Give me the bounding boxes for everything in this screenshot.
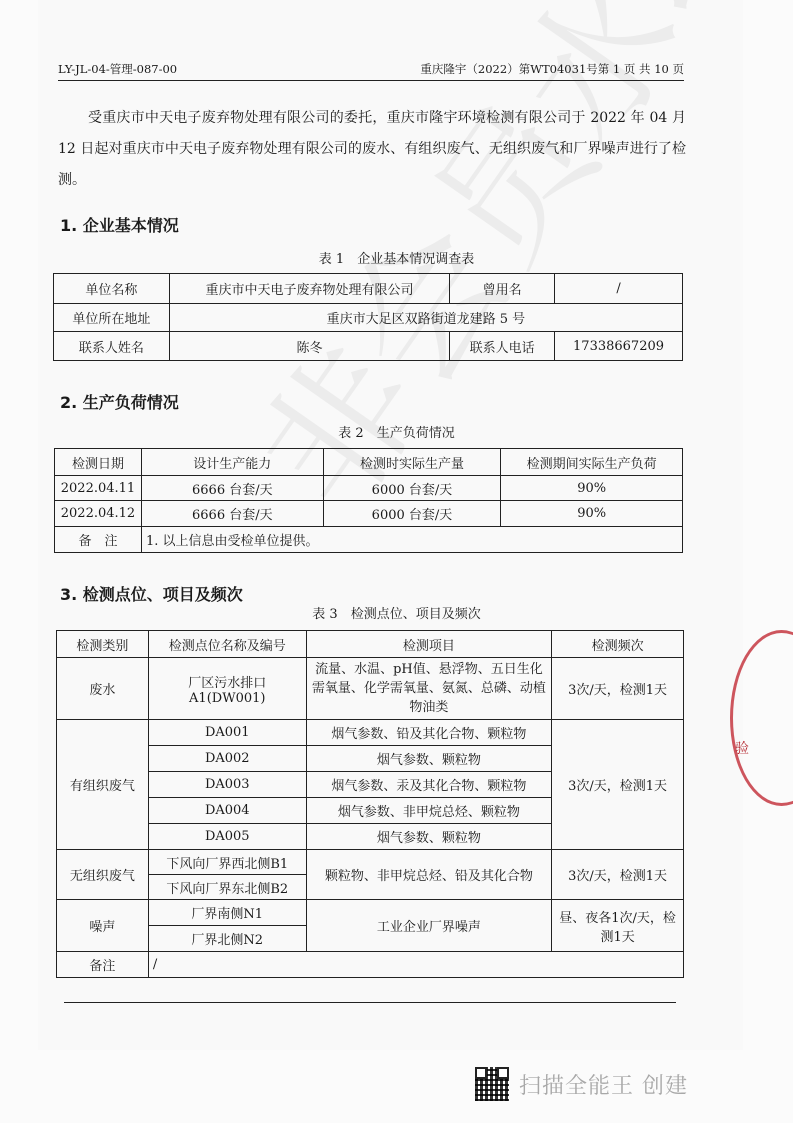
- address-label: 单位所在地址: [54, 304, 170, 332]
- column-header: 检测频次: [552, 631, 684, 658]
- intro-paragraph: 受重庆市中天电子废弃物处理有限公司的委托，重庆市隆宇环境检测有限公司于 2022…: [58, 103, 686, 196]
- table-row: 2022.04.12 6666 台套/天 6000 台套/天 90%: [55, 501, 683, 527]
- point-cell: 厂界北侧N2: [148, 926, 306, 952]
- point-code: A1(DW001): [153, 691, 302, 706]
- enterprise-info-table: 单位名称 重庆市中天电子废弃物处理有限公司 曾用名 / 单位所在地址 重庆市大足…: [53, 273, 683, 361]
- table-1-caption: 表 1 企业基本情况调查表: [0, 248, 793, 267]
- table-row: 无组织废气 下风向厂界西北侧B1 颗粒物、非甲烷总烃、铅及其化合物 3次/天，检…: [57, 850, 684, 875]
- point-cell: DA002: [148, 746, 306, 772]
- address-value: 重庆市大足区双路街道龙建路 5 号: [169, 304, 682, 332]
- page-header: LY-JL-04-管理-087-00 重庆隆宇（2022）第WT04031号第 …: [58, 60, 684, 81]
- note-value: 1. 以上信息由受检单位提供。: [141, 527, 682, 553]
- category-cell: 废水: [57, 658, 149, 720]
- scanner-label: 扫描全能王 创建: [519, 1069, 688, 1100]
- qr-code-icon: [475, 1067, 509, 1101]
- point-cell: DA004: [148, 798, 306, 824]
- point-cell: 下风向厂界西北侧B1: [148, 850, 306, 875]
- items-cell: 烟气参数、颗粒物: [306, 746, 552, 772]
- monitoring-plan-table: 检测类别 检测点位名称及编号 检测项目 检测频次 废水 厂区污水排口 A1(DW…: [56, 630, 684, 978]
- capacity-cell: 6666 台套/天: [141, 501, 323, 527]
- items-cell: 工业企业厂界噪声: [306, 900, 552, 952]
- doc-code: LY-JL-04-管理-087-00: [58, 61, 177, 77]
- point-cell: DA003: [148, 772, 306, 798]
- column-header: 检测期间实际生产负荷: [501, 449, 683, 476]
- table-row: 噪声 厂界南侧N1 工业企业厂界噪声 昼、夜各1次/天，检测1天: [57, 900, 684, 926]
- table-3-caption: 表 3 检测点位、项目及频次: [0, 603, 793, 622]
- report-reference: 重庆隆宇（2022）第WT04031号第 1 页 共 10 页: [420, 61, 684, 77]
- items-cell: 烟气参数、非甲烷总烃、颗粒物: [306, 798, 552, 824]
- note-label: 备注: [57, 952, 149, 978]
- contact-label: 联系人姓名: [54, 332, 170, 361]
- table-row: 2022.04.11 6666 台套/天 6000 台套/天 90%: [55, 476, 683, 501]
- items-cell: 流量、水温、pH值、悬浮物、五日生化需氧量、化学需氧量、氨氮、总磷、动植物油类: [306, 658, 552, 720]
- point-name: 厂区污水排口: [153, 672, 302, 691]
- point-cell: DA005: [148, 824, 306, 850]
- point-cell: 厂界南侧N1: [148, 900, 306, 926]
- output-cell: 6000 台套/天: [323, 476, 501, 501]
- section-2-heading: 2. 生产负荷情况: [60, 390, 179, 413]
- load-cell: 90%: [501, 501, 683, 527]
- name-value: 重庆市中天电子废弃物处理有限公司: [169, 274, 449, 304]
- frequency-cell: 昼、夜各1次/天，检测1天: [552, 900, 684, 952]
- point-cell: DA001: [148, 720, 306, 746]
- date-cell: 2022.04.11: [55, 476, 142, 501]
- column-header: 检测时实际生产量: [323, 449, 501, 476]
- items-cell: 烟气参数、汞及其化合物、颗粒物: [306, 772, 552, 798]
- footer-divider: [64, 1002, 676, 1003]
- production-load-table: 检测日期 设计生产能力 检测时实际生产量 检测期间实际生产负荷 2022.04.…: [54, 448, 683, 553]
- category-cell: 噪声: [57, 900, 149, 952]
- frequency-cell: 3次/天，检测1天: [552, 850, 684, 900]
- items-cell: 烟气参数、颗粒物: [306, 824, 552, 850]
- phone-label: 联系人电话: [450, 332, 555, 361]
- category-cell: 有组织废气: [57, 720, 149, 850]
- table-row: 废水 厂区污水排口 A1(DW001) 流量、水温、pH值、悬浮物、五日生化需氧…: [57, 658, 684, 720]
- items-cell: 烟气参数、铅及其化合物、颗粒物: [306, 720, 552, 746]
- former-name-value: /: [555, 274, 683, 304]
- capacity-cell: 6666 台套/天: [141, 476, 323, 501]
- column-header: 设计生产能力: [141, 449, 323, 476]
- point-cell: 下风向厂界东北侧B2: [148, 875, 306, 900]
- frequency-cell: 3次/天，检测1天: [552, 658, 684, 720]
- note-value: /: [148, 952, 683, 978]
- column-header: 检测日期: [55, 449, 142, 476]
- category-cell: 无组织废气: [57, 850, 149, 900]
- scanner-watermark: 扫描全能王 创建: [475, 1068, 688, 1100]
- column-header: 检测点位名称及编号: [148, 631, 306, 658]
- section-3-heading: 3. 检测点位、项目及频次: [60, 582, 243, 605]
- stamp-text: 验: [735, 738, 749, 758]
- column-header: 检测类别: [57, 631, 149, 658]
- section-1-heading: 1. 企业基本情况: [60, 213, 179, 236]
- note-label: 备 注: [55, 527, 142, 553]
- name-label: 单位名称: [54, 274, 170, 304]
- date-cell: 2022.04.12: [55, 501, 142, 527]
- column-header: 检测项目: [306, 631, 552, 658]
- load-cell: 90%: [501, 476, 683, 501]
- items-cell: 颗粒物、非甲烷总烃、铅及其化合物: [306, 850, 552, 900]
- phone-value: 17338667209: [555, 332, 683, 361]
- table-2-caption: 表 2 生产负荷情况: [0, 422, 793, 441]
- table-row: 有组织废气 DA001 烟气参数、铅及其化合物、颗粒物 3次/天，检测1天: [57, 720, 684, 746]
- contact-value: 陈冬: [169, 332, 449, 361]
- former-name-label: 曾用名: [450, 274, 555, 304]
- output-cell: 6000 台套/天: [323, 501, 501, 527]
- frequency-cell: 3次/天，检测1天: [552, 720, 684, 850]
- point-cell: 厂区污水排口 A1(DW001): [148, 658, 306, 720]
